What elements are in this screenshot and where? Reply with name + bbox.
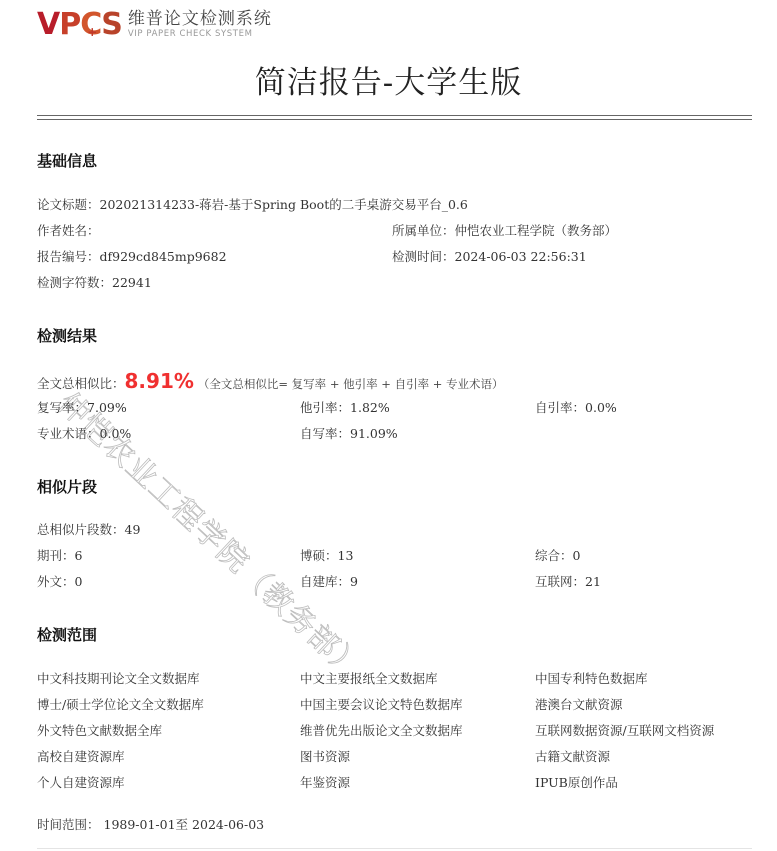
- unit-row: 所属单位：仲恺农业工程学院（教务部）: [392, 221, 617, 239]
- foreign-row: 外文：0: [37, 572, 82, 590]
- self-cite-value: 0.0%: [585, 400, 617, 415]
- other-cite-label: 他引率：: [300, 400, 350, 415]
- term-label: 专业术语：: [37, 426, 100, 441]
- database-item: 个人自建资源库: [37, 773, 125, 791]
- self-cite-row: 自引率：0.0%: [535, 398, 617, 416]
- title-divider: [37, 115, 752, 120]
- time-range-row: 时间范围： 1989-01-01至 2024-06-03: [37, 815, 264, 833]
- copy-rate-value: 7.09%: [87, 400, 127, 415]
- logo-name-cn: 维普论文检测系统: [128, 11, 272, 28]
- report-no-value: df929cd845mp9682: [100, 249, 227, 264]
- char-count-value: 22941: [112, 275, 152, 290]
- database-item: 高校自建资源库: [37, 747, 125, 765]
- author-row: 作者姓名：: [37, 221, 100, 239]
- fragments-total-row: 总相似片段数：49: [37, 520, 140, 538]
- selfbuilt-row: 自建库：9: [300, 572, 358, 590]
- fragments-total-value: 49: [125, 522, 141, 537]
- database-item: 外文特色文献数据全库: [37, 721, 162, 739]
- journal-row: 期刊：6: [37, 546, 82, 564]
- section-heading-basic-info: 基础信息: [37, 150, 97, 171]
- total-similarity-row: 全文总相似比：8.91% （全文总相似比= 复写率 + 他引率 + 自引率 + …: [37, 368, 504, 397]
- author-label: 作者姓名：: [37, 223, 100, 238]
- thesis-value: 13: [338, 548, 354, 563]
- paper-title-value: 202021314233-蒋岩-基于Spring Boot的二手桌游交易平台_0…: [100, 197, 468, 212]
- time-range-label: 时间范围：: [37, 817, 100, 832]
- database-item: 港澳台文献资源: [535, 695, 623, 713]
- self-cite-label: 自引率：: [535, 400, 585, 415]
- database-item: IPUB原创作品: [535, 773, 618, 791]
- fragments-total-label: 总相似片段数：: [37, 522, 125, 537]
- paper-title-label: 论文标题：: [37, 197, 100, 212]
- logo-mark: V P C+ S: [37, 10, 122, 40]
- database-item: 中文主要报纸全文数据库: [300, 669, 438, 687]
- logo-letter: P: [59, 10, 80, 40]
- logo-letter: V: [37, 10, 59, 40]
- database-item: 中国主要会议论文特色数据库: [300, 695, 463, 713]
- foreign-label: 外文：: [37, 574, 75, 589]
- report-no-label: 报告编号：: [37, 249, 100, 264]
- selfbuilt-value: 9: [350, 574, 358, 589]
- logo-text: 维普论文检测系统 VIP PAPER CHECK SYSTEM: [128, 11, 272, 39]
- logo-letter: S: [101, 10, 122, 40]
- logo-name-en: VIP PAPER CHECK SYSTEM: [128, 30, 272, 39]
- other-cite-row: 他引率：1.82%: [300, 398, 390, 416]
- report-title: 简洁报告-大学生版: [0, 57, 777, 102]
- check-time-row: 检测时间：2024-06-03 22:56:31: [392, 247, 587, 265]
- self-write-row: 自写率：91.09%: [300, 424, 398, 442]
- unit-label: 所属单位：: [392, 223, 455, 238]
- thesis-label: 博硕：: [300, 548, 338, 563]
- database-item: 互联网数据资源/互联网文档资源: [535, 721, 714, 739]
- foreign-value: 0: [75, 574, 83, 589]
- check-time-label: 检测时间：: [392, 249, 455, 264]
- database-item: 博士/硕士学位论文全文数据库: [37, 695, 204, 713]
- vpcs-logo: V P C+ S 维普论文检测系统 VIP PAPER CHECK SYSTEM: [37, 9, 272, 41]
- self-write-value: 91.09%: [350, 426, 398, 441]
- database-item: 图书资源: [300, 747, 350, 765]
- general-value: 0: [573, 548, 581, 563]
- database-item: 维普优先出版论文全文数据库: [300, 721, 463, 739]
- logo-letter-c: C+: [80, 10, 101, 40]
- database-item: 年鉴资源: [300, 773, 350, 791]
- database-item: 中文科技期刊论文全文数据库: [37, 669, 200, 687]
- section-heading-fragments: 相似片段: [37, 476, 97, 497]
- selfbuilt-label: 自建库：: [300, 574, 350, 589]
- copy-rate-row: 复写率：7.09%: [37, 398, 127, 416]
- self-write-label: 自写率：: [300, 426, 350, 441]
- database-item: 古籍文献资源: [535, 747, 610, 765]
- time-range-value: 1989-01-01至 2024-06-03: [100, 817, 265, 832]
- similarity-formula: （全文总相似比= 复写率 + 他引率 + 自引率 + 专业术语）: [198, 377, 504, 391]
- report-no-row: 报告编号：df929cd845mp9682: [37, 247, 227, 265]
- char-count-row: 检测字符数：22941: [37, 273, 152, 291]
- total-similarity-label: 全文总相似比：: [37, 376, 125, 391]
- total-similarity-value: 8.91%: [125, 369, 194, 393]
- internet-value: 21: [585, 574, 601, 589]
- term-row: 专业术语：0.0%: [37, 424, 131, 442]
- section-heading-result: 检测结果: [37, 325, 97, 346]
- thesis-row: 博硕：13: [300, 546, 353, 564]
- other-cite-value: 1.82%: [350, 400, 390, 415]
- copy-rate-label: 复写率：: [37, 400, 87, 415]
- internet-label: 互联网：: [535, 574, 585, 589]
- paper-title-row: 论文标题：202021314233-蒋岩-基于Spring Boot的二手桌游交…: [37, 195, 468, 213]
- section-heading-scope: 检测范围: [37, 624, 97, 645]
- general-row: 综合：0: [535, 546, 580, 564]
- journal-value: 6: [75, 548, 83, 563]
- internet-row: 互联网：21: [535, 572, 601, 590]
- term-value: 0.0%: [100, 426, 132, 441]
- char-count-label: 检测字符数：: [37, 275, 112, 290]
- database-item: 中国专利特色数据库: [535, 669, 648, 687]
- bottom-divider: [37, 848, 752, 849]
- unit-value: 仲恺农业工程学院（教务部）: [455, 223, 618, 238]
- plus-icon: +: [87, 17, 96, 47]
- check-time-value: 2024-06-03 22:56:31: [455, 249, 587, 264]
- general-label: 综合：: [535, 548, 573, 563]
- journal-label: 期刊：: [37, 548, 75, 563]
